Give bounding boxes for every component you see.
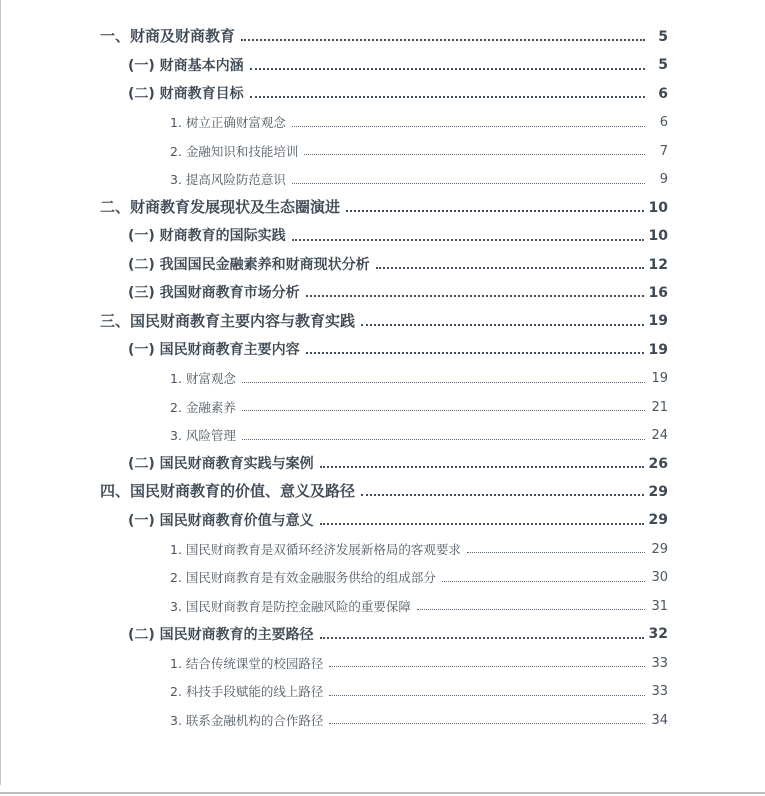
toc-entry-page-number: 7 — [650, 145, 668, 159]
toc-entry-level3[interactable]: 2. 金融素养 21 — [0, 387, 765, 415]
toc-entry-label: (三) 我国财商教育市场分析 — [128, 285, 300, 301]
toc-entry-page-number: 21 — [650, 401, 668, 415]
dot-leader — [376, 267, 644, 269]
toc-entry-page-number: 29 — [649, 513, 668, 528]
toc-entry-level2[interactable]: (一) 国民财商教育主要内容 19 — [0, 330, 765, 358]
toc-entry-label: 3. 联系金融机构的合作路径 — [170, 714, 323, 728]
dot-leader — [329, 666, 645, 667]
toc-entry-page-number: 5 — [650, 58, 668, 73]
toc-entry-page-number: 12 — [649, 258, 668, 273]
dot-leader — [242, 439, 645, 440]
dot-leader — [242, 410, 645, 411]
toc-entry-label: (一) 财商教育的国际实践 — [128, 228, 286, 244]
toc-entry-label: (一) 国民财商教育主要内容 — [128, 342, 300, 358]
dot-leader — [304, 154, 645, 155]
toc-entry-page-number: 10 — [649, 201, 668, 216]
toc-entry-level3[interactable]: 2. 科技手段赋能的线上路径 33 — [0, 671, 765, 699]
toc-entry-page-number: 33 — [650, 657, 668, 671]
toc-entry-label: 1. 财富观念 — [170, 372, 236, 386]
toc-entry-label: (二) 我国国民金融素养和财商现状分析 — [128, 257, 370, 273]
toc-entry-label: 2. 国民财商教育是有效金融服务供给的组成部分 — [170, 571, 436, 585]
toc-entry-page-number: 29 — [650, 543, 668, 557]
toc-entry-level2[interactable]: (二) 我国国民金融素养和财商现状分析 12 — [0, 245, 765, 273]
toc-entry-level2[interactable]: (二) 财商教育目标 6 — [0, 74, 765, 102]
toc-entry-page-number: 10 — [649, 229, 668, 244]
page-left-edge — [0, 0, 1, 785]
toc-entry-label: 2. 科技手段赋能的线上路径 — [170, 685, 323, 699]
toc-entry-level3[interactable]: 1. 结合传统课堂的校园路径 33 — [0, 643, 765, 671]
toc-entry-level3[interactable]: 3. 联系金融机构的合作路径 34 — [0, 700, 765, 728]
toc-entry-page-number: 19 — [650, 372, 668, 386]
dot-leader — [320, 523, 644, 525]
toc-entry-page-number: 19 — [649, 314, 668, 329]
dot-leader — [241, 39, 645, 41]
document-page: 一、财商及财商教育 5 (一) 财商基本内涵 5 (二) 财商教育目标 6 1.… — [0, 0, 765, 796]
toc-entry-level3[interactable]: 3. 提高风险防范意识 9 — [0, 159, 765, 187]
toc-entry-level3[interactable]: 1. 树立正确财富观念 6 — [0, 102, 765, 130]
toc-entry-level1[interactable]: 三、国民财商教育主要内容与教育实践 19 — [0, 301, 765, 329]
dot-leader — [306, 295, 644, 297]
toc-entry-page-number: 16 — [649, 286, 668, 301]
toc-entry-page-number: 32 — [649, 627, 668, 642]
toc-entry-page-number: 5 — [650, 30, 668, 45]
toc-entry-label: 一、财商及财商教育 — [100, 28, 235, 45]
toc-entry-level2[interactable]: (一) 财商教育的国际实践 10 — [0, 216, 765, 244]
toc-entry-label: 1. 树立正确财富观念 — [170, 116, 286, 130]
toc-entry-label: 3. 提高风险防范意识 — [170, 173, 286, 187]
dot-leader — [242, 382, 645, 383]
dot-leader — [329, 723, 645, 724]
toc-entry-level2[interactable]: (一) 财商基本内涵 5 — [0, 45, 765, 73]
dot-leader — [361, 494, 644, 496]
dot-leader — [250, 68, 645, 70]
toc-entry-label: 2. 金融知识和技能培训 — [170, 145, 298, 159]
toc-entry-level2[interactable]: (三) 我国财商教育市场分析 16 — [0, 273, 765, 301]
toc-entry-page-number: 6 — [650, 116, 668, 130]
toc-entry-page-number: 24 — [650, 429, 668, 443]
dot-leader — [442, 581, 645, 582]
toc-entry-level2[interactable]: (二) 国民财商教育实践与案例 26 — [0, 444, 765, 472]
toc-entry-level3[interactable]: 1. 财富观念 19 — [0, 358, 765, 386]
toc-entry-label: 3. 风险管理 — [170, 429, 236, 443]
toc-entry-page-number: 31 — [650, 600, 668, 614]
dot-leader — [417, 609, 645, 610]
dot-leader — [320, 637, 644, 639]
toc-entry-level3[interactable]: 2. 国民财商教育是有效金融服务供给的组成部分 30 — [0, 557, 765, 585]
dot-leader — [320, 466, 644, 468]
dot-leader — [361, 324, 644, 326]
toc-entry-level1[interactable]: 二、财商教育发展现状及生态圈演进 10 — [0, 188, 765, 216]
toc-entry-label: 1. 国民财商教育是双循环经济发展新格局的客观要求 — [170, 543, 461, 557]
dot-leader — [306, 352, 644, 354]
toc-entry-page-number: 19 — [649, 343, 668, 358]
toc-entry-level2[interactable]: (一) 国民财商教育价值与意义 29 — [0, 500, 765, 528]
toc-entry-level3[interactable]: 2. 金融知识和技能培训 7 — [0, 131, 765, 159]
table-of-contents: 一、财商及财商教育 5 (一) 财商基本内涵 5 (二) 财商教育目标 6 1.… — [0, 17, 765, 728]
toc-entry-page-number: 9 — [650, 173, 668, 187]
toc-entry-label: 四、国民财商教育的价值、意义及路径 — [100, 483, 355, 500]
toc-entry-label: (二) 财商教育目标 — [128, 86, 244, 102]
dot-leader — [346, 210, 644, 212]
dot-leader — [250, 96, 645, 98]
toc-entry-label: (二) 国民财商教育的主要路径 — [128, 627, 314, 643]
toc-entry-page-number: 29 — [649, 485, 668, 500]
dot-leader — [292, 183, 645, 184]
toc-entry-label: (二) 国民财商教育实践与案例 — [128, 456, 314, 472]
toc-entry-page-number: 34 — [650, 714, 668, 728]
toc-entry-level1[interactable]: 四、国民财商教育的价值、意义及路径 29 — [0, 472, 765, 500]
toc-entry-label: 三、国民财商教育主要内容与教育实践 — [100, 313, 355, 330]
toc-entry-label: 3. 国民财商教育是防控金融风险的重要保障 — [170, 600, 411, 614]
toc-entry-page-number: 30 — [650, 571, 668, 585]
toc-entry-label: 1. 结合传统课堂的校园路径 — [170, 657, 323, 671]
toc-entry-label: 二、财商教育发展现状及生态圈演进 — [100, 199, 340, 216]
dot-leader — [292, 126, 645, 127]
toc-entry-level3[interactable]: 3. 风险管理 24 — [0, 415, 765, 443]
dot-leader — [467, 552, 645, 553]
toc-entry-label: 2. 金融素养 — [170, 401, 236, 415]
toc-entry-page-number: 33 — [650, 685, 668, 699]
toc-entry-label: (一) 国民财商教育价值与意义 — [128, 513, 314, 529]
toc-entry-level1[interactable]: 一、财商及财商教育 5 — [0, 17, 765, 45]
toc-entry-page-number: 26 — [649, 457, 668, 472]
page-bottom-edge — [0, 792, 765, 794]
toc-entry-label: (一) 财商基本内涵 — [128, 58, 244, 74]
toc-entry-level2[interactable]: (二) 国民财商教育的主要路径 32 — [0, 614, 765, 642]
toc-entry-level3[interactable]: 1. 国民财商教育是双循环经济发展新格局的客观要求 29 — [0, 529, 765, 557]
toc-entry-page-number: 6 — [650, 87, 668, 102]
toc-entry-level3[interactable]: 3. 国民财商教育是防控金融风险的重要保障 31 — [0, 586, 765, 614]
dot-leader — [292, 239, 644, 241]
dot-leader — [329, 695, 645, 696]
